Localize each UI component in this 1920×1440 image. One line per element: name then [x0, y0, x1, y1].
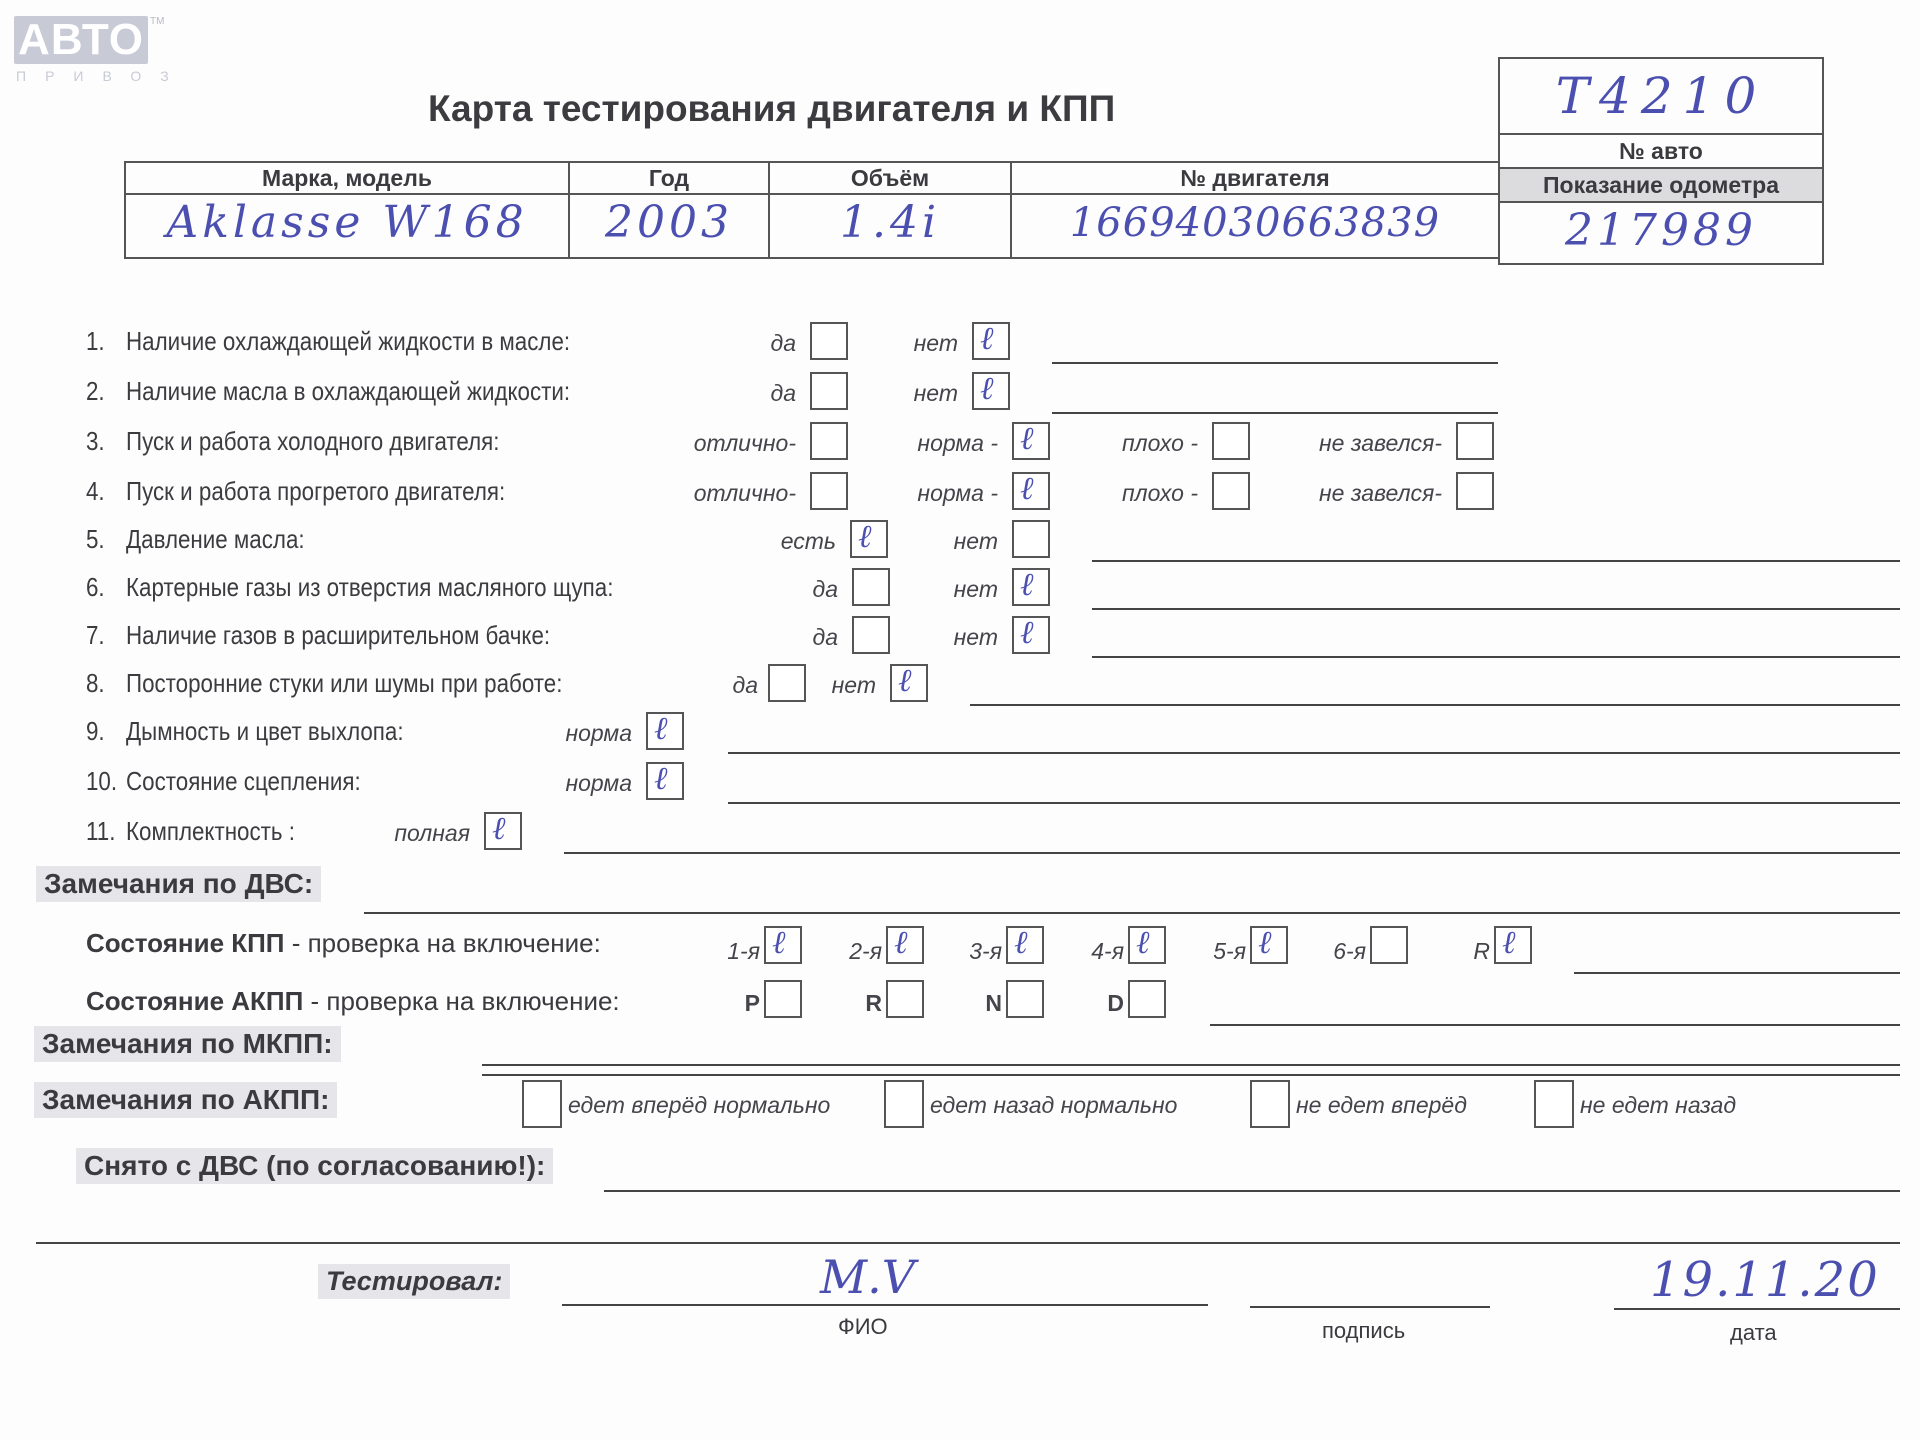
- question-text: Наличие газов в расширительном бачке:: [126, 620, 550, 651]
- question-text: Состояние сцепления:: [126, 766, 361, 797]
- option-label: не завелся-: [1246, 430, 1442, 457]
- question-notes-field[interactable]: [564, 852, 1900, 854]
- question-notes-field[interactable]: [1092, 656, 1900, 658]
- signature-caption: подпись: [1322, 1318, 1405, 1344]
- question-number: 9.: [86, 716, 105, 747]
- position-label: D: [978, 990, 1124, 1017]
- table-cell-value: 2003: [570, 195, 768, 251]
- question-text: Наличие масла в охлаждающей жидкости:: [126, 376, 570, 407]
- tested-by-label: Тестировал:: [318, 1264, 510, 1299]
- tester-name-field[interactable]: [562, 1304, 1208, 1306]
- question-number: 3.: [86, 426, 105, 457]
- option-checkbox[interactable]: ℓ: [890, 664, 928, 702]
- auto-remark-label: не едет назад: [1580, 1092, 1736, 1119]
- question-number: 7.: [86, 620, 105, 651]
- logo-trademark: TM: [150, 16, 164, 27]
- question-number: 2.: [86, 376, 105, 407]
- table-cell-value: 1.4i: [770, 195, 1010, 251]
- auto-number-field[interactable]: T4210: [1498, 57, 1824, 135]
- option-label: плохо -: [1002, 430, 1198, 457]
- option-checkbox[interactable]: [1012, 520, 1050, 558]
- table-cell[interactable]: 2003: [568, 193, 770, 259]
- option-label: отлично-: [600, 430, 796, 457]
- table-header: № двигателя: [1010, 161, 1500, 195]
- signature-field[interactable]: [1250, 1306, 1490, 1308]
- option-label: норма: [436, 720, 632, 747]
- option-checkbox[interactable]: ℓ: [972, 372, 1010, 410]
- check-mark-icon: ℓ: [1502, 922, 1515, 962]
- option-label: норма -: [802, 430, 998, 457]
- option-label: нет: [802, 528, 998, 555]
- date-caption: дата: [1730, 1320, 1777, 1346]
- auto-remark-label: едет назад нормально: [930, 1092, 1177, 1119]
- page-title: Карта тестирования двигателя и КПП: [428, 88, 1115, 130]
- logo-subtitle: ПРИВОЗ: [16, 68, 188, 84]
- check-mark-icon: ℓ: [1020, 612, 1033, 652]
- question-text: Дымность и цвет выхлопа:: [126, 716, 404, 747]
- tester-name-value: M.V: [820, 1250, 915, 1304]
- option-label: норма -: [802, 480, 998, 507]
- question-number: 4.: [86, 476, 105, 507]
- question-text: Пуск и работа холодного двигателя:: [126, 426, 499, 457]
- manual-gearbox-label: Состояние КПП - проверка на включение:: [86, 928, 601, 959]
- question-notes-field[interactable]: [728, 802, 1900, 804]
- question-text: Давление масла:: [126, 524, 305, 555]
- option-checkbox[interactable]: [1212, 422, 1250, 460]
- option-label: нет: [802, 576, 998, 603]
- check-mark-icon: ℓ: [654, 708, 667, 748]
- remarks-manual-label: Замечания по МКПП:: [34, 1026, 341, 1062]
- option-label: норма: [436, 770, 632, 797]
- logo: АВТО: [14, 16, 148, 64]
- auto-gearbox-label: Состояние АКПП - проверка на включение:: [86, 986, 620, 1017]
- option-checkbox[interactable]: [1456, 472, 1494, 510]
- option-label: нет: [680, 672, 876, 699]
- option-label: отлично-: [600, 480, 796, 507]
- table-cell-value: 16694030663839: [1012, 195, 1498, 251]
- question-number: 6.: [86, 572, 105, 603]
- option-checkbox[interactable]: [1212, 472, 1250, 510]
- option-checkbox[interactable]: ℓ: [646, 712, 684, 750]
- auto-number-label: № авто: [1498, 133, 1824, 169]
- question-notes-field[interactable]: [970, 704, 1900, 706]
- table-cell-value: Aklasse W168: [126, 195, 568, 251]
- question-number: 5.: [86, 524, 105, 555]
- question-number: 8.: [86, 668, 105, 699]
- auto-remark-label: едет вперёд нормально: [568, 1092, 830, 1119]
- option-label: не завелся-: [1246, 480, 1442, 507]
- question-text: Картерные газы из отверстия масляного щу…: [126, 572, 613, 603]
- divider: [36, 1242, 1900, 1244]
- check-mark-icon: ℓ: [898, 660, 911, 700]
- table-cell[interactable]: 217989: [1498, 201, 1824, 265]
- option-label: плохо -: [1002, 480, 1198, 507]
- question-number: 11.: [86, 816, 115, 847]
- table-cell[interactable]: 16694030663839: [1010, 193, 1500, 259]
- remarks-manual-line: [482, 1074, 1900, 1076]
- auto-remark-checkbox[interactable]: [884, 1080, 924, 1128]
- table-cell[interactable]: Aklasse W168: [124, 193, 570, 259]
- check-mark-icon: ℓ: [492, 808, 505, 848]
- table-cell[interactable]: 1.4i: [768, 193, 1012, 259]
- option-label: полная: [274, 820, 470, 847]
- table-header: Объём: [768, 161, 1012, 195]
- question-text: Пуск и работа прогретого двигателя:: [126, 476, 505, 507]
- gear-label: R: [1344, 938, 1490, 965]
- check-mark-icon: ℓ: [980, 318, 993, 358]
- position-checkbox[interactable]: [1128, 980, 1166, 1018]
- option-label: нет: [762, 330, 958, 357]
- table-header: Марка, модель: [124, 161, 570, 195]
- question-number: 10.: [86, 766, 117, 797]
- check-mark-icon: ℓ: [1020, 564, 1033, 604]
- question-number: 1.: [86, 326, 105, 357]
- remarks-auto-label: Замечания по АКПП:: [34, 1082, 337, 1118]
- auto-remark-checkbox[interactable]: [1534, 1080, 1574, 1128]
- option-checkbox[interactable]: ℓ: [646, 762, 684, 800]
- auto-remark-checkbox[interactable]: [522, 1080, 562, 1128]
- question-notes-field[interactable]: [728, 752, 1900, 754]
- gear-checkbox[interactable]: ℓ: [1494, 926, 1532, 964]
- auto-gearbox-notes-field[interactable]: [1210, 1024, 1900, 1026]
- question-notes-field[interactable]: [1092, 560, 1900, 562]
- date-value: 19.11.20: [1650, 1252, 1880, 1308]
- question-text: Посторонние стуки или шумы при работе:: [126, 668, 562, 699]
- auto-remark-checkbox[interactable]: [1250, 1080, 1290, 1128]
- option-label: нет: [802, 624, 998, 651]
- check-mark-icon: ℓ: [980, 368, 993, 408]
- option-checkbox[interactable]: ℓ: [1012, 616, 1050, 654]
- question-notes-field[interactable]: [1052, 362, 1498, 364]
- table-cell-value: 217989: [1500, 203, 1822, 259]
- option-checkbox[interactable]: ℓ: [1012, 568, 1050, 606]
- removed-field[interactable]: [604, 1190, 1900, 1192]
- question-text: Наличие охлаждающей жидкости в масле:: [126, 326, 570, 357]
- removed-label: Снято с ДВС (по согласованию!):: [76, 1148, 553, 1184]
- option-checkbox[interactable]: ℓ: [484, 812, 522, 850]
- auto-remark-label: не едет вперёд: [1296, 1092, 1467, 1119]
- auto-number-value: T4210: [1500, 59, 1822, 133]
- option-checkbox[interactable]: [1456, 422, 1494, 460]
- question-notes-field[interactable]: [1052, 412, 1498, 414]
- remarks-engine-label: Замечания по ДВС:: [36, 866, 321, 902]
- question-notes-field[interactable]: [1092, 608, 1900, 610]
- question-text: Комплектность :: [126, 816, 295, 847]
- table-header: Показание одометра: [1498, 167, 1824, 203]
- manual-gearbox-notes-field[interactable]: [1574, 972, 1900, 974]
- remarks-manual-field[interactable]: [482, 1064, 1900, 1066]
- table-header: Год: [568, 161, 770, 195]
- option-label: нет: [762, 380, 958, 407]
- remarks-engine-field[interactable]: [364, 912, 1900, 914]
- name-caption: ФИО: [838, 1314, 888, 1340]
- check-mark-icon: ℓ: [654, 758, 667, 798]
- option-checkbox[interactable]: ℓ: [972, 322, 1010, 360]
- date-field[interactable]: [1614, 1308, 1900, 1310]
